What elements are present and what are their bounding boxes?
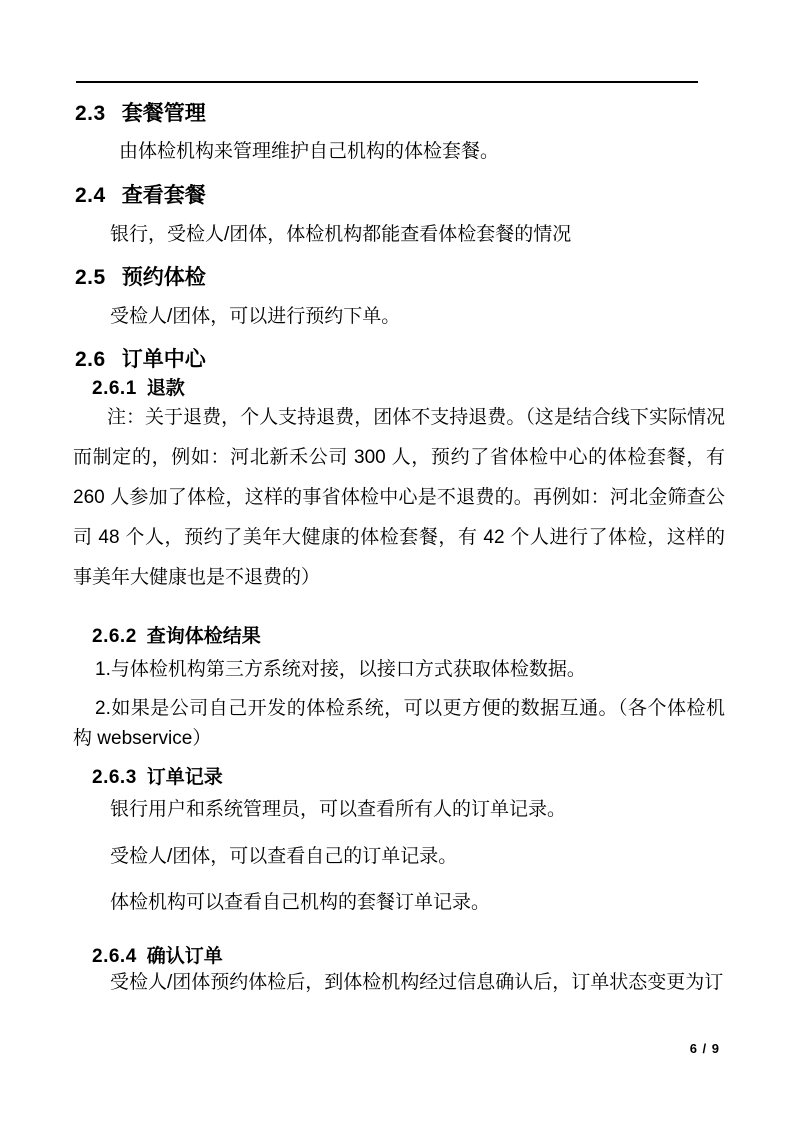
header-rule: [76, 81, 698, 83]
paragraph-2-6-2-item1: 1.与体检机构第三方系统对接，以接口方式获取体检数据。: [73, 658, 725, 682]
paragraph-2-6-3-p1: 银行用户和系统管理员，可以查看所有人的订单记录。: [73, 798, 725, 822]
heading-2-6-3: 2.6.3订单记录: [92, 767, 223, 788]
heading-title: 订单记录: [147, 767, 223, 788]
paragraph-2-6-2-item2: 2.如果是公司自己开发的体检系统，可以更方便的数据互通。（各个体检机构 webs…: [73, 694, 725, 754]
heading-number: 2.6: [75, 348, 106, 371]
heading-title: 查看套餐: [122, 184, 206, 207]
heading-title: 确认订单: [147, 946, 223, 967]
heading-number: 2.6.3: [92, 767, 137, 788]
heading-title: 订单中心: [122, 348, 206, 371]
heading-2-6: 2.6订单中心: [75, 348, 206, 371]
heading-number: 2.4: [75, 184, 106, 207]
heading-2-6-2: 2.6.2查询体检结果: [92, 626, 261, 647]
heading-title: 预约体检: [122, 266, 206, 289]
paragraph-2-6-1-note: 注：关于退费，个人支持退费，团体不支持退费。（这是结合线下实际情况而制定的，例如…: [73, 398, 725, 598]
paragraph-2-5-body: 受检人/团体，可以进行预约下单。: [73, 305, 725, 329]
paragraph-2-6-4-body: 受检人/团体预约体检后，到体检机构经过信息确认后，订单状态变更为订: [73, 971, 725, 995]
heading-2-6-4: 2.6.4确认订单: [92, 946, 223, 967]
document-page: 2.3套餐管理 由体检机构来管理维护自己机构的体检套餐。 2.4查看套餐 银行，…: [0, 0, 793, 1122]
heading-title: 套餐管理: [122, 102, 206, 125]
heading-number: 2.6.4: [92, 946, 137, 967]
heading-number: 2.3: [75, 102, 106, 125]
paragraph-2-6-3-p2: 受检人/团体，可以查看自己的订单记录。: [73, 845, 725, 869]
heading-2-4: 2.4查看套餐: [75, 184, 206, 207]
paragraph-2-3-body: 由体检机构来管理维护自己机构的体检套餐。: [73, 140, 725, 164]
paragraph-2-6-3-p3: 体检机构可以查看自己机构的套餐订单记录。: [73, 891, 725, 915]
heading-number: 2.6.2: [92, 626, 137, 647]
paragraph-2-4-body: 银行，受检人/团体，体检机构都能查看体检套餐的情况: [73, 223, 725, 247]
heading-title: 查询体检结果: [147, 626, 261, 647]
heading-2-6-1: 2.6.1退款: [92, 378, 185, 399]
heading-number: 2.6.1: [92, 378, 137, 399]
heading-number: 2.5: [75, 266, 106, 289]
heading-2-5: 2.5预约体检: [75, 266, 206, 289]
heading-2-3: 2.3套餐管理: [75, 102, 206, 125]
heading-title: 退款: [147, 378, 185, 399]
page-number: 6 / 9: [73, 1041, 720, 1056]
